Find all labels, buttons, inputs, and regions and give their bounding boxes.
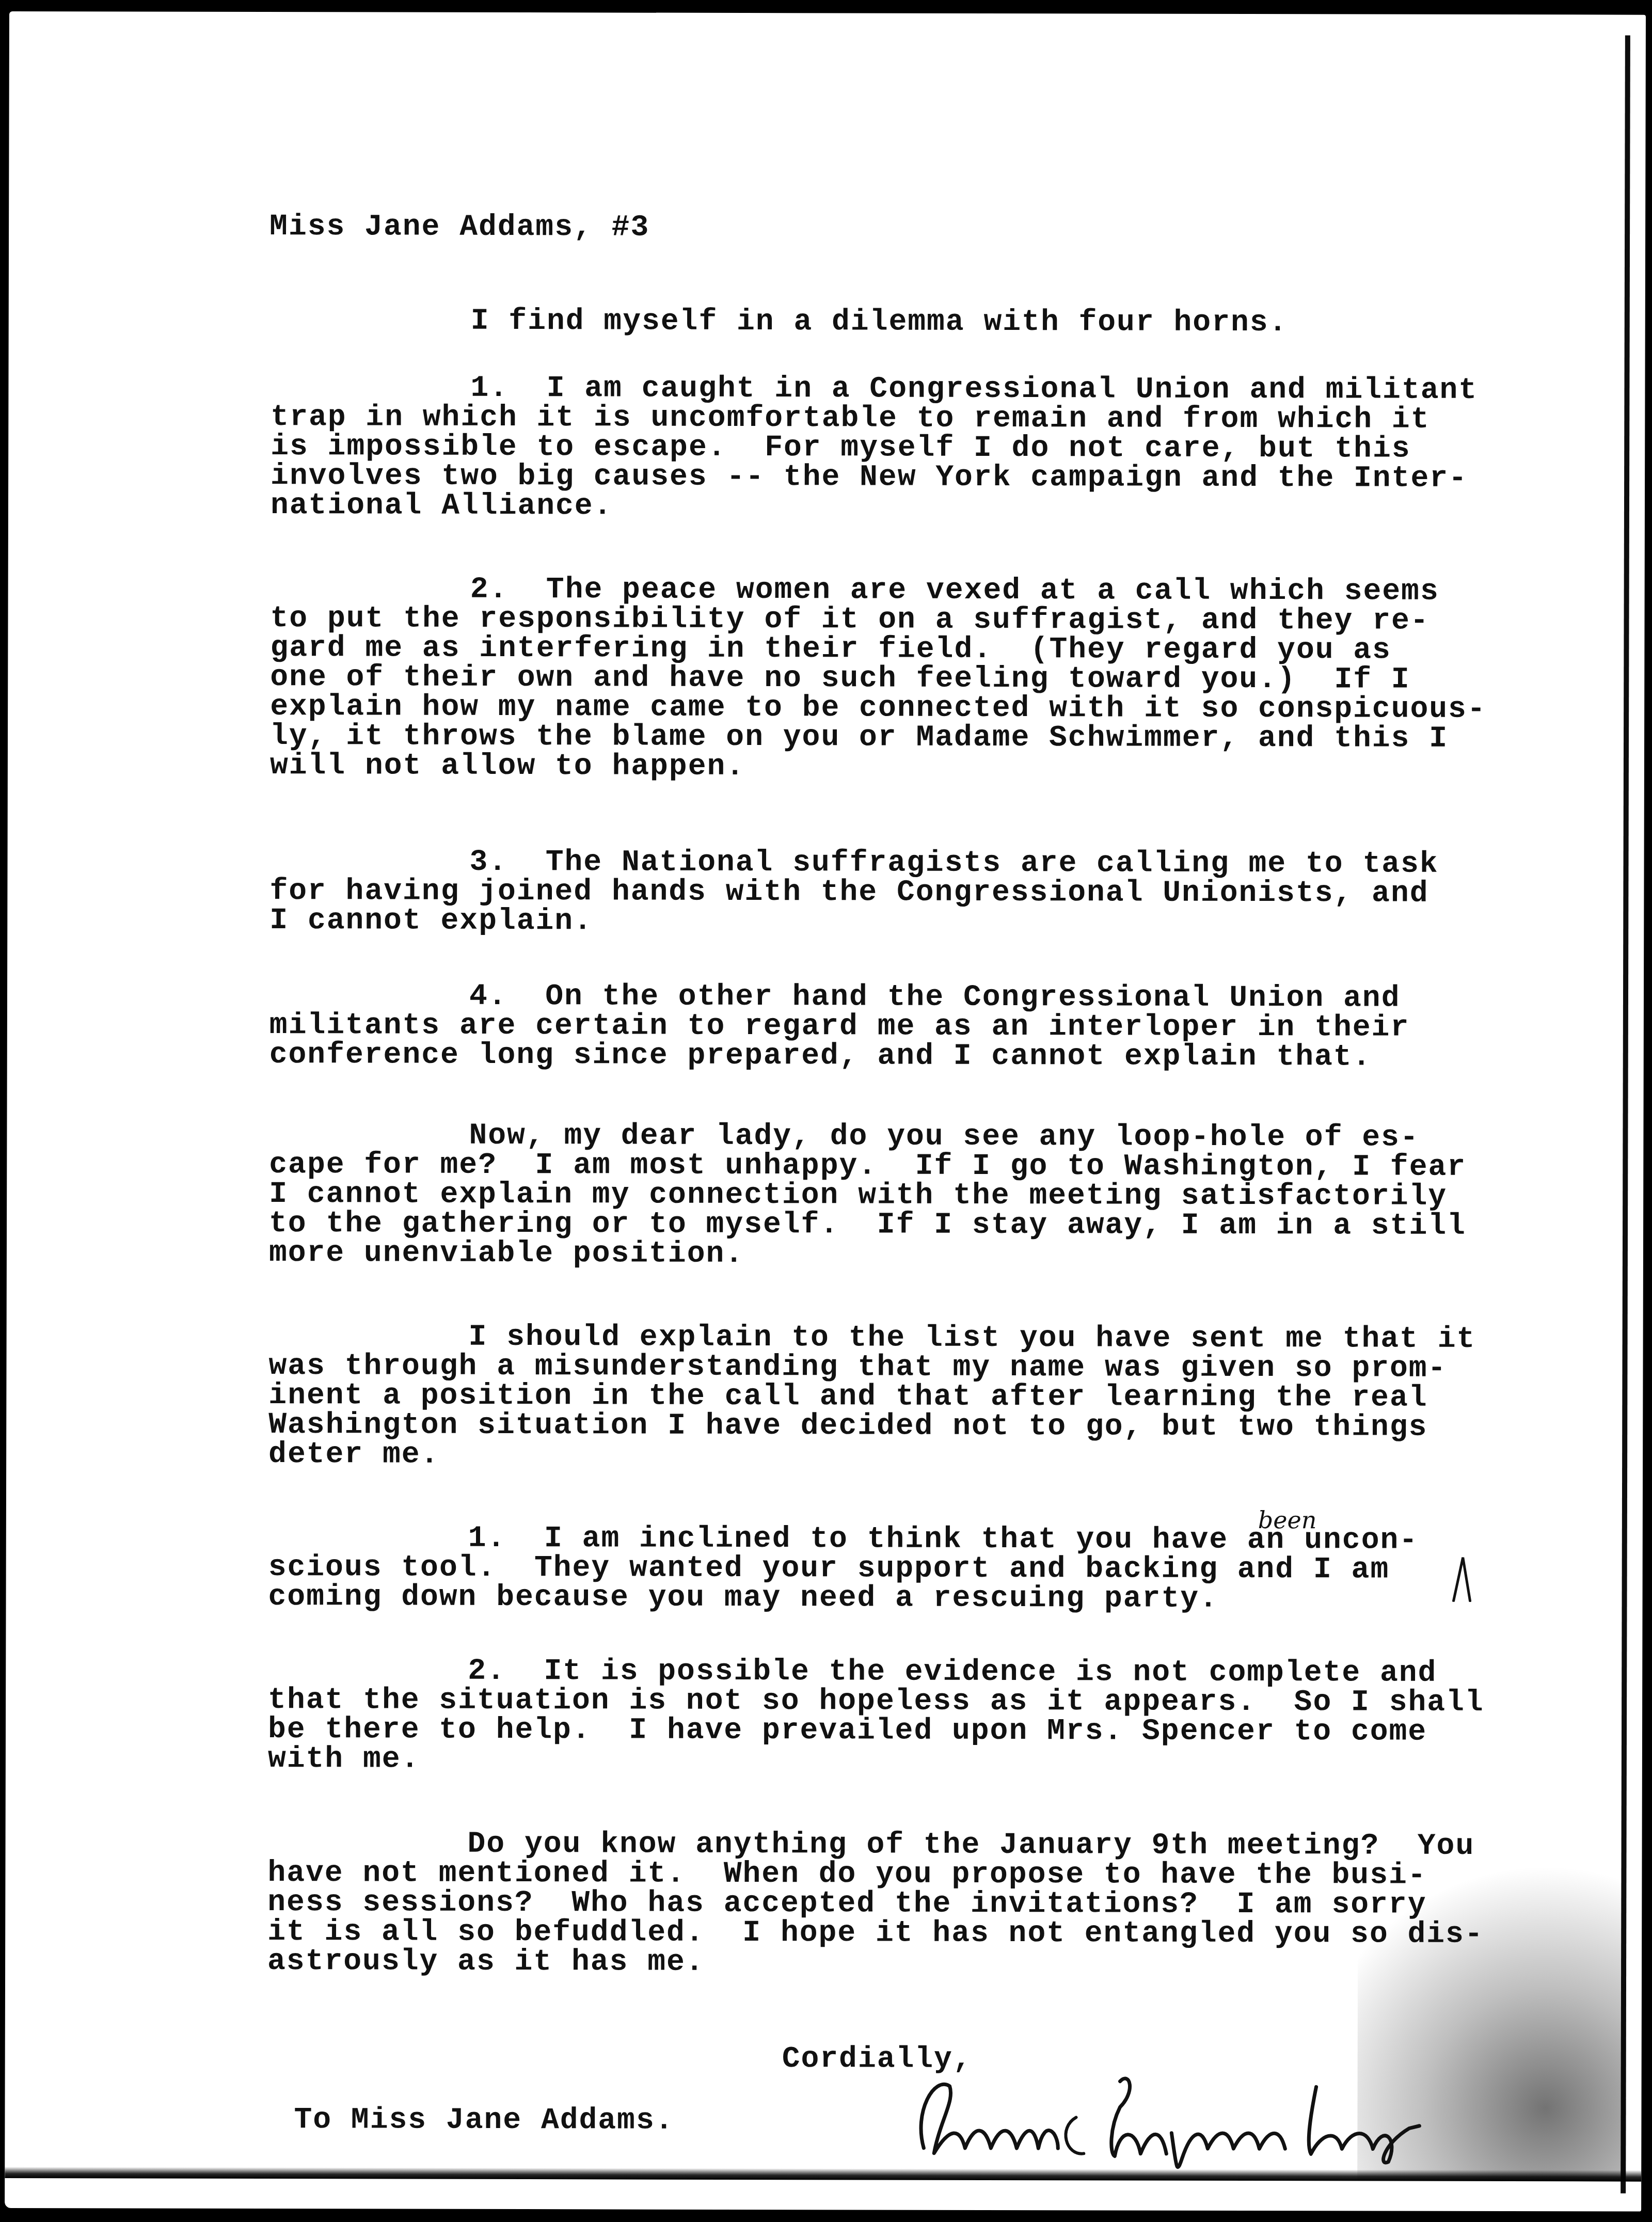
para-line: to the gathering or to myself. If I stay… bbox=[269, 1209, 1466, 1241]
para-line: 1. I am caught in a Congressional Union … bbox=[470, 374, 1478, 405]
para-line: trap in which it is uncomfortable to rem… bbox=[271, 403, 1429, 435]
para-line: explain how my name came to be connected… bbox=[270, 692, 1486, 724]
para-line: be there to help. I have prevailed upon … bbox=[268, 1715, 1427, 1747]
para-line: scious tool. They wanted your support an… bbox=[268, 1553, 1390, 1585]
para-line: gard me as interfering in their field. (… bbox=[270, 633, 1391, 665]
para-line: 2. It is possible the evidence is not co… bbox=[468, 1657, 1437, 1688]
para-line: it is all so befuddled. I hope it has no… bbox=[267, 1917, 1484, 1949]
para-line: 3. The National suffragists are calling … bbox=[469, 848, 1438, 879]
letter-header: Miss Jane Addams, #3 bbox=[269, 212, 649, 243]
para-line: I cannot explain my connection with the … bbox=[269, 1180, 1447, 1212]
handwritten-insertion: been bbox=[1258, 1506, 1317, 1534]
para-line: militants are certain to regard me as an… bbox=[269, 1011, 1409, 1043]
para-line: ly, it throws the blame on you or Madame… bbox=[270, 722, 1448, 754]
insertion-caret-mark bbox=[1452, 1556, 1472, 1602]
para-line: coming down because you may need a rescu… bbox=[268, 1582, 1218, 1614]
para-line: ness sessions? Who has accepted the invi… bbox=[267, 1888, 1426, 1920]
page-right-edge-shadow bbox=[1621, 36, 1630, 2194]
para-line: astrously as it has me. bbox=[267, 1947, 705, 1977]
para-line: is impossible to escape. For myself I do… bbox=[271, 432, 1410, 464]
para-line: deter me. bbox=[268, 1440, 439, 1470]
para-line: to put the responsibility of it on a suf… bbox=[270, 604, 1429, 636]
para-line: involves two big causes -- the New York … bbox=[271, 462, 1468, 494]
para-line: Washington situation I have decided not … bbox=[268, 1410, 1427, 1442]
letter-page: Miss Jane Addams, #3 I find myself in a … bbox=[5, 11, 1646, 2212]
para-line: was through a misunderstanding that my n… bbox=[268, 1352, 1447, 1384]
para-line: Now, my dear lady, do you see any loop-h… bbox=[469, 1121, 1419, 1153]
opening-line: I find myself in a dilemma with four hor… bbox=[471, 307, 1288, 338]
para-line: conference long since prepared, and I ca… bbox=[269, 1040, 1372, 1072]
para-line: 4. On the other hand the Congressional U… bbox=[469, 982, 1401, 1013]
recipient-line: To Miss Jane Addams. bbox=[294, 2105, 674, 2136]
para-line: national Alliance. bbox=[271, 491, 613, 521]
para-line: that the situation is not so hopeless as… bbox=[268, 1686, 1484, 1718]
para-line: will not allow to happen. bbox=[270, 751, 745, 782]
para-line: cape for me? I am most unhappy. If I go … bbox=[269, 1150, 1466, 1182]
para-line: I cannot explain. bbox=[269, 906, 593, 936]
para-line: more unenviable position. bbox=[269, 1239, 744, 1269]
para-line: I should explain to the list you have se… bbox=[469, 1323, 1476, 1354]
para-line: one of their own and have no such feelin… bbox=[270, 663, 1410, 695]
para-line: with me. bbox=[268, 1744, 420, 1774]
para-line: for having joined hands with the Congres… bbox=[269, 877, 1428, 909]
para-line: Do you know anything of the January 9th … bbox=[468, 1830, 1475, 1861]
letter-body: Miss Jane Addams, #3 I find myself in a … bbox=[9, 11, 1646, 15]
para-line: 2. The peace women are vexed at a call w… bbox=[470, 575, 1439, 607]
signature bbox=[903, 2071, 1460, 2170]
closing-salutation: Cordially, bbox=[782, 2044, 972, 2074]
para-line: have not mentioned it. When do you propo… bbox=[267, 1859, 1426, 1891]
para-line: inent a position in the call and that af… bbox=[268, 1381, 1427, 1413]
